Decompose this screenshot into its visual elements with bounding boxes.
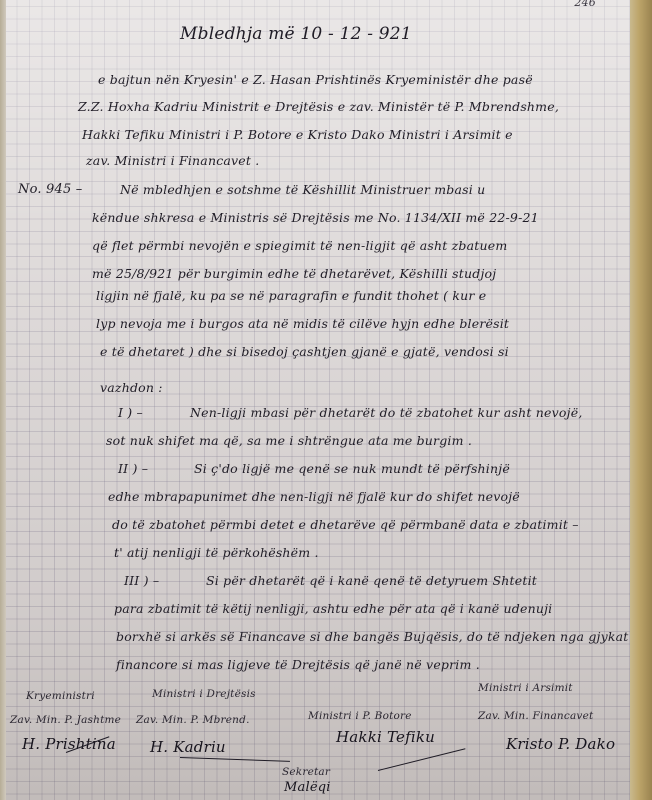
meeting-title: Mbledhja më 10 - 12 - 921 xyxy=(180,24,412,44)
signature-2-label-2: Zav. Min. P. Mbrend. xyxy=(136,714,250,726)
resolution-3-line-2: para zbatimit të këtij nenligji, ashtu e… xyxy=(114,601,552,616)
body-line-7: e të dhetaret ) dhe si bisedoj çashtjen … xyxy=(100,344,509,359)
resolution-2-line-1: Si ç'do ligjë me qenë se nuk mundt të pë… xyxy=(194,461,510,476)
resolution-1-number: I ) – xyxy=(118,405,143,420)
resolution-3-number: III ) – xyxy=(124,573,159,588)
body-line-8: vazhdon : xyxy=(100,380,163,395)
body-line-5: ligjin në fjalë, ku pa se në paragrafin … xyxy=(96,288,486,303)
page-number: 246 xyxy=(574,0,596,9)
attendance-line-2: Z.Z. Hoxha Kadriu Ministrit e Drejtësis … xyxy=(78,99,559,114)
signature-4-label-1: Ministri i Arsimit xyxy=(478,682,573,694)
resolution-1-line-1: Nen-ligji mbasi për dhetarët do të zbato… xyxy=(190,405,583,420)
body-line-1: Në mbledhjen e sotshme të Këshillit Mini… xyxy=(120,182,485,197)
signature-3-flourish xyxy=(378,748,466,771)
resolution-3-line-4: financore si mas ligjeve të Drejtësis që… xyxy=(116,657,480,672)
signature-5-name: Malëqi xyxy=(284,780,331,795)
signature-3-name: Hakki Tefiku xyxy=(336,728,435,746)
signature-5-label: Sekretar xyxy=(282,766,330,778)
page-left-edge xyxy=(0,0,6,800)
attendance-line-3: Hakki Tefiku Ministri i P. Botore e Kris… xyxy=(82,127,513,142)
signature-4-name: Kristo P. Dako xyxy=(506,735,615,753)
signature-1-label-1: Kryeministri xyxy=(26,690,95,702)
body-line-3: që flet përmbi nevojën e spiegimit të ne… xyxy=(92,238,507,253)
resolution-3-line-1: Si për dhetarët që i kanë qenë të detyru… xyxy=(206,573,537,588)
entry-number: No. 945 – xyxy=(18,182,82,197)
resolution-2-number: II ) – xyxy=(118,461,148,476)
resolution-2-line-2: edhe mbrapapunimet dhe nen-ligji në fjal… xyxy=(108,489,520,504)
attendance-line-4: zav. Ministri i Financavet . xyxy=(86,153,259,168)
signature-2-label-1: Ministri i Drejtësis xyxy=(152,688,256,700)
resolution-3-line-3: borxhë si arkës së Financave si dhe bang… xyxy=(116,629,629,644)
resolution-2-line-4: t' atij nenligji të përkohëshëm . xyxy=(114,545,319,560)
document-page: 246 Mbledhja më 10 - 12 - 921 e bajtun n… xyxy=(0,0,630,800)
signature-4-label-2: Zav. Min. Financavet xyxy=(478,710,593,722)
body-line-2: këndue shkresa e Ministris së Drejtësis … xyxy=(92,210,539,225)
resolution-1-line-2: sot nuk shifet ma që, sa me i shtrëngue … xyxy=(106,433,472,448)
body-line-6: lyp nevoja me i burgos ata në midis të c… xyxy=(96,316,509,331)
attendance-line-1: e bajtun nën Kryesin' e Z. Hasan Prishti… xyxy=(98,72,533,87)
signature-2-name: H. Kadriu xyxy=(150,738,226,756)
signature-1-label-2: Zav. Min. P. Jashtme xyxy=(10,714,121,726)
page-binding-edge xyxy=(630,0,652,800)
signature-2-flourish xyxy=(180,757,290,762)
resolution-2-line-3: do të zbatohet përmbi detet e dhetarëve … xyxy=(112,517,579,532)
signature-3-label-1: Ministri i P. Botore xyxy=(308,710,412,722)
body-line-4: më 25/8/921 për burgimin edhe të dhetarë… xyxy=(92,266,496,281)
